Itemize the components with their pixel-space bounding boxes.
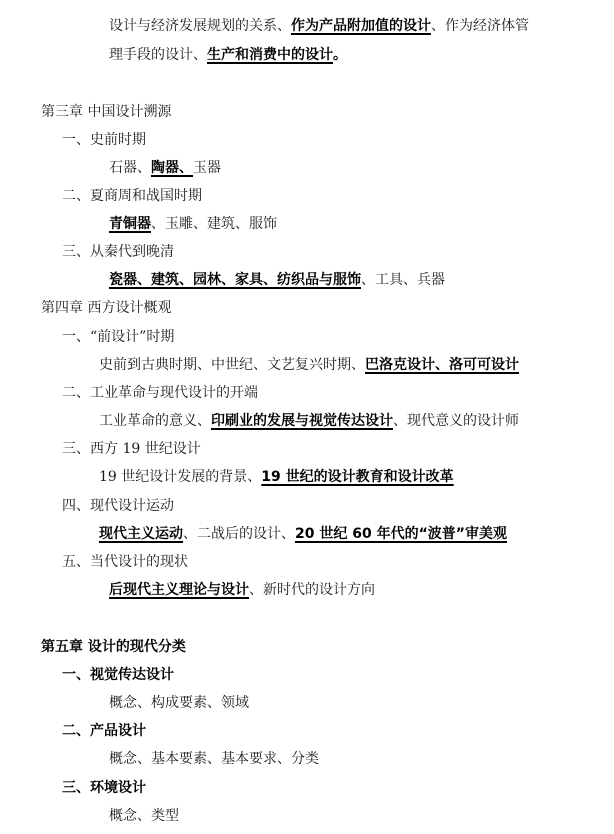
body-text-line: 设计与经济发展规划的关系、作为产品附加值的设计、作为经济体管 — [109, 17, 529, 35]
section-title: 二、夏商周和战国时期 — [62, 188, 202, 204]
emphasis-text: 生产和消费中的设计 — [207, 47, 333, 63]
section-heading: 一、“前设计”时期 — [62, 328, 174, 346]
body-text-line: 现代主义运动、二战后的设计、20 世纪 60 年代的“波普”审美观 — [99, 525, 507, 543]
section-title: 一、视觉传达设计 — [62, 667, 174, 683]
section-title: 二、产品设计 — [62, 723, 146, 739]
section-heading: 三、从秦代到晚清 — [62, 243, 174, 261]
text-segment: 工业革命的意义、 — [99, 413, 211, 429]
text-segment: 、二战后的设计、 — [183, 526, 295, 542]
chapter-title: 第三章 中国设计溯源 — [41, 104, 171, 120]
text-segment: 、作为经济体管 — [431, 18, 529, 34]
emphasis-text: 19 世纪的设计教育和设计改革 — [261, 469, 453, 485]
section-title: 三、西方 19 世纪设计 — [62, 441, 201, 457]
body-text-line: 石器、陶器、玉器 — [109, 159, 221, 177]
section-title: 一、“前设计”时期 — [62, 329, 174, 345]
section-heading: 二、产品设计 — [62, 722, 146, 740]
chapter-heading: 第三章 中国设计溯源 — [41, 103, 171, 121]
emphasis-text: 青铜器 — [109, 216, 151, 232]
section-heading: 二、夏商周和战国时期 — [62, 187, 202, 205]
emphasis-text: 现代主义运动 — [99, 526, 183, 542]
emphasis-text: 陶器、 — [151, 160, 193, 176]
chapter-title: 第五章 设计的现代分类 — [41, 639, 186, 655]
text-segment: 、玉雕、建筑、服饰 — [151, 216, 277, 232]
section-title: 五、当代设计的现状 — [62, 554, 188, 570]
text-segment: 概念、构成要素、领域 — [109, 695, 249, 711]
emphasis-text: 作为产品附加值的设计 — [291, 18, 431, 34]
section-heading: 二、工业革命与现代设计的开端 — [62, 384, 258, 402]
section-heading: 四、现代设计运动 — [62, 497, 174, 515]
body-text-line: 概念、类型 — [109, 807, 179, 825]
section-heading: 三、环境设计 — [62, 779, 146, 797]
text-segment: 石器、 — [109, 160, 151, 176]
body-text-line: 瓷器、建筑、园林、家具、纺织品与服饰、工具、兵器 — [109, 271, 445, 289]
section-title: 三、从秦代到晚清 — [62, 244, 174, 260]
section-title: 二、工业革命与现代设计的开端 — [62, 385, 258, 401]
body-text-line: 19 世纪设计发展的背景、19 世纪的设计教育和设计改革 — [99, 468, 454, 486]
text-segment: 、现代意义的设计师 — [393, 413, 519, 429]
section-heading: 三、西方 19 世纪设计 — [62, 440, 201, 458]
text-segment: 、新时代的设计方向 — [249, 582, 375, 598]
body-text-line: 后现代主义理论与设计、新时代的设计方向 — [109, 581, 375, 599]
emphasis-text: 印刷业的发展与视觉传达设计 — [211, 413, 393, 429]
text-segment: 理手段的设计、 — [109, 47, 207, 63]
body-text-line: 概念、基本要素、基本要求、分类 — [109, 750, 319, 768]
body-text-line: 理手段的设计、生产和消费中的设计。 — [109, 46, 347, 64]
chapter-title: 第四章 西方设计概观 — [41, 300, 171, 316]
section-heading: 一、史前时期 — [62, 131, 146, 149]
section-heading: 五、当代设计的现状 — [62, 553, 188, 571]
chapter-heading: 第四章 西方设计概观 — [41, 299, 171, 317]
text-segment: 概念、类型 — [109, 808, 179, 824]
section-title: 一、史前时期 — [62, 132, 146, 148]
text-segment: 设计与经济发展规划的关系、 — [109, 18, 291, 34]
emphasis-text: 巴洛克设计、洛可可设计 — [365, 357, 519, 373]
body-text-line: 概念、构成要素、领域 — [109, 694, 249, 712]
emphasis-text: 瓷器、建筑、园林、家具、纺织品与服饰 — [109, 272, 361, 288]
text-segment: 玉器 — [193, 160, 221, 176]
section-heading: 一、视觉传达设计 — [62, 666, 174, 684]
section-title: 三、环境设计 — [62, 780, 146, 796]
text-segment: 。 — [333, 47, 347, 63]
text-segment: 概念、基本要素、基本要求、分类 — [109, 751, 319, 767]
text-segment: 、工具、兵器 — [361, 272, 445, 288]
emphasis-text: 20 世纪 60 年代的“波普”审美观 — [295, 526, 507, 542]
emphasis-text: 后现代主义理论与设计 — [109, 582, 249, 598]
text-segment: 19 世纪设计发展的背景、 — [99, 469, 261, 485]
body-text-line: 青铜器、玉雕、建筑、服饰 — [109, 215, 277, 233]
section-title: 四、现代设计运动 — [62, 498, 174, 514]
chapter-heading: 第五章 设计的现代分类 — [41, 638, 186, 656]
body-text-line: 工业革命的意义、印刷业的发展与视觉传达设计、现代意义的设计师 — [99, 412, 519, 430]
text-segment: 史前到古典时期、中世纪、文艺复兴时期、 — [99, 357, 365, 373]
body-text-line: 史前到古典时期、中世纪、文艺复兴时期、巴洛克设计、洛可可设计 — [99, 356, 519, 374]
